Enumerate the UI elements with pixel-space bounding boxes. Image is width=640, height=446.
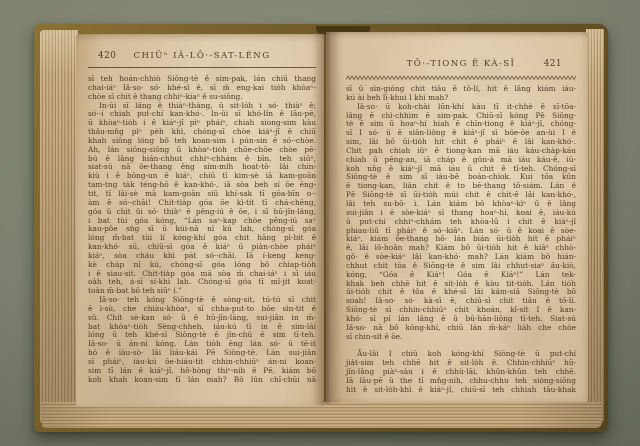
right-header-wavy-rule xyxy=(346,75,576,81)
right-header-title: TÔ·-TIONG Ê KÀ-SĪ xyxy=(407,59,516,69)
text-line: sī chin-si̍t ê ōe. xyxy=(346,333,576,342)
right-page-number: 421 xyxy=(544,59,562,69)
text-line: koh khah koan-sim tī lán mah? Bô lūn chī… xyxy=(88,376,316,385)
page-stack-left-edge xyxy=(40,30,78,424)
left-page: 420 CHIŪⁿ IÂ-LÔ·-SAT-LÉNG sī teh hoán-ch… xyxy=(76,34,324,406)
left-page-text: sī teh hoán-chhiò Siōng-tè ê sim-pak, lá… xyxy=(88,75,316,385)
page-stack-right-edge xyxy=(586,29,604,421)
left-header-rule xyxy=(88,67,316,68)
text-line: hit ê sit-lo̍h-khì ê kiáⁿ-jî, chiū-sī te… xyxy=(346,386,576,395)
right-page-text: sī ū sìn-gióng chit tiâu ê tō-lí, hit ê … xyxy=(346,85,576,395)
right-running-header: TÔ·-TIONG Ê KÀ-SĪ 421 xyxy=(346,59,576,71)
left-header-title: CHIŪⁿ IÂ-LÔ·-SAT-LÉNG xyxy=(134,51,271,61)
left-page-number: 420 xyxy=(98,51,116,61)
right-page: TÔ·-TIONG Ê KÀ-SĪ 421 sī ū sìn-gióng chi… xyxy=(326,32,588,402)
wavy-rule-svg xyxy=(346,75,576,81)
left-running-header: 420 CHIŪⁿ IÂ-LÔ·-SAT-LÉNG xyxy=(88,51,316,63)
photo-background: 420 CHIŪⁿ IÂ-LÔ·-SAT-LÉNG sī teh hoán-ch… xyxy=(0,0,640,446)
open-book: 420 CHIŪⁿ IÂ-LÔ·-SAT-LÉNG sī teh hoán-ch… xyxy=(34,24,608,432)
